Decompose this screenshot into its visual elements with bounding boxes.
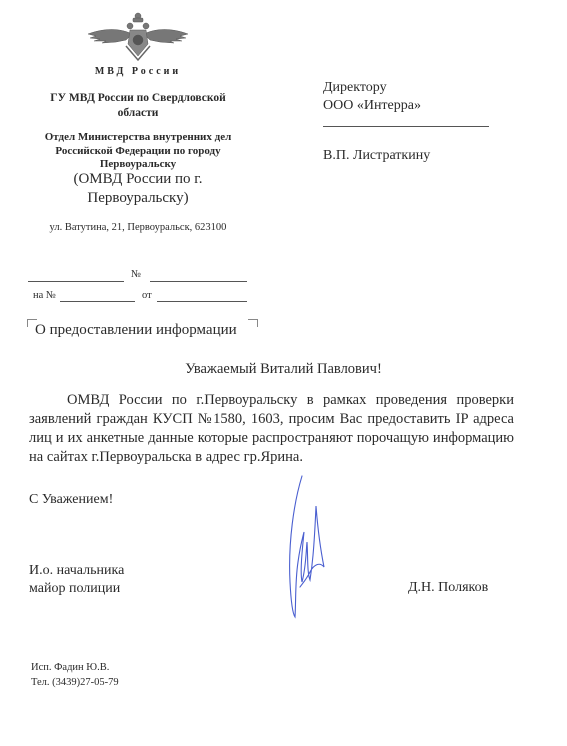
letter-greeting: Уважаемый Виталий Павлович!	[0, 361, 567, 378]
reply-date-field-line	[157, 301, 247, 302]
division-line: Российской Федерации по городу	[0, 145, 276, 159]
division-short-name: (ОМВД России по г. Первоуральску)	[0, 170, 276, 208]
recipient-name: В.П. Листраткину	[323, 148, 430, 164]
signatory-name: Д.Н. Поляков	[408, 580, 488, 596]
recipient-position: Директору ООО «Интерра»	[323, 79, 421, 115]
mvd-emblem-icon	[86, 10, 190, 66]
executor-name: Исп. Фадин Ю.В.	[31, 660, 119, 675]
letter-subject: О предоставлении информации	[35, 322, 237, 339]
signatory-title: И.о. начальника майор полиции	[29, 562, 124, 598]
from-label: от	[142, 290, 152, 301]
reply-to-label: на №	[33, 290, 56, 301]
department-line: ГУ МВД России по Свердловской	[0, 91, 276, 106]
number-field-line	[150, 281, 247, 282]
executor-info: Исп. Фадин Ю.В. Тел. (3439)27-05-79	[31, 660, 119, 690]
recipient-company: ООО «Интерра»	[323, 97, 421, 115]
short-name-line: Первоуральску)	[0, 189, 276, 208]
handwritten-signature-icon	[280, 472, 340, 620]
signatory-rank: майор полиции	[29, 580, 124, 598]
letter-body: ОМВД России по г.Первоуральску в рамках …	[29, 391, 514, 467]
letter-closing: С Уважением!	[29, 492, 113, 508]
division-name: Отдел Министерства внутренних дел Россий…	[0, 131, 276, 172]
department-name: ГУ МВД России по Свердловской области	[0, 91, 276, 121]
sender-address: ул. Ватутина, 21, Первоуральск, 623100	[0, 222, 276, 233]
division-line: Отдел Министерства внутренних дел	[0, 131, 276, 145]
ministry-name: МВД России	[0, 66, 276, 77]
signatory-position: И.о. начальника	[29, 562, 124, 580]
short-name-line: (ОМВД России по г.	[0, 170, 276, 189]
recipient-underline	[323, 126, 489, 127]
number-label: №	[131, 269, 141, 280]
date-field-line	[28, 281, 124, 282]
executor-phone: Тел. (3439)27-05-79	[31, 675, 119, 690]
recipient-position-line: Директору	[323, 79, 421, 97]
department-line: области	[0, 106, 276, 121]
reply-number-field-line	[60, 301, 135, 302]
subject-corner-right	[248, 319, 258, 327]
